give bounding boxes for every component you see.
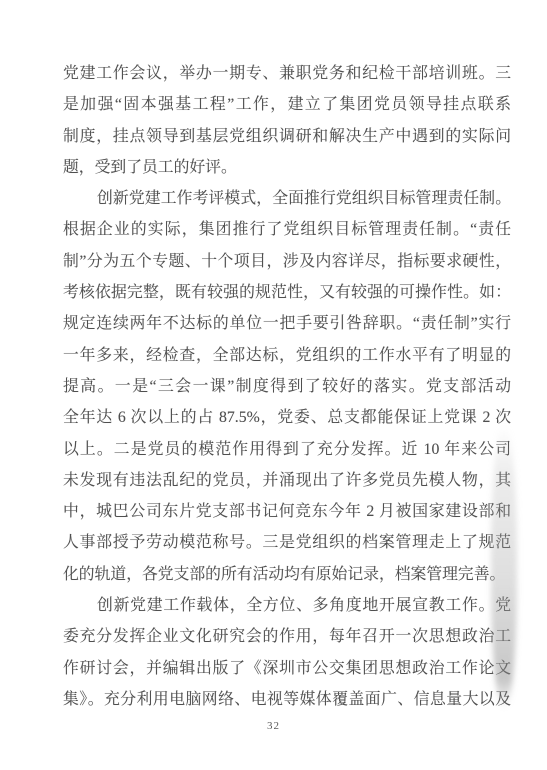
text-line: 化的轨道，各党支部的所有活动均有原始记录，档案管理完善。: [63, 559, 511, 590]
body-text: 党建工作会议，举办一期专、兼职党务和纪检干部培训班。三是加强“固本强基工程”工作…: [63, 58, 511, 715]
text-line: 制度，挂点领导到基层党组织调研和解决生产中遇到的实际问: [63, 121, 511, 152]
text-line: 创新党建工作载体，全方位、多角度地开展宣教工作。党: [63, 590, 511, 621]
text-line: 一年多来，经检查，全部达标，党组织的工作水平有了明显的: [63, 340, 511, 371]
text-line: 集》。充分利用电脑网络、电视等媒体覆盖面广、信息量大以及: [63, 684, 511, 715]
text-line: 全年达 6 次以上的占 87.5%，党委、总支都能保证上党课 2 次: [63, 402, 511, 433]
text-line: 制”分为五个专题、十个项目，涉及内容详尽，指标要求硬性，: [63, 246, 511, 277]
text-line: 根据企业的实际，集团推行了党组织目标管理责任制。“责任: [63, 214, 511, 245]
text-line: 考核依据完整，既有较强的规范性，又有较强的可操作性。如：: [63, 277, 511, 308]
text-line: 规定连续两年不达标的单位一把手要引咎辞职。“责任制”实行: [63, 308, 511, 339]
scanned-document-page: 党建工作会议，举办一期专、兼职党务和纪检干部培训班。三是加强“固本强基工程”工作…: [0, 0, 547, 770]
text-line: 中，城巴公司东片党支部书记何竞东今年 2 月被国家建设部和: [63, 496, 511, 527]
text-line: 作研讨会，并编辑出版了《深圳市公交集团思想政治工作论文: [63, 653, 511, 684]
text-line: 题，受到了员工的好评。: [63, 152, 511, 183]
text-line: 未发现有违法乱纪的党员，并涌现出了许多党员先模人物，其: [63, 465, 511, 496]
page-number: 32: [0, 720, 547, 732]
text-line: 创新党建工作考评模式，全面推行党组织目标管理责任制。: [63, 183, 511, 214]
text-line: 党建工作会议，举办一期专、兼职党务和纪检干部培训班。三: [63, 58, 511, 89]
text-line: 委充分发挥企业文化研究会的作用，每年召开一次思想政治工: [63, 621, 511, 652]
text-line: 人事部授予劳动模范称号。三是党组织的档案管理走上了规范: [63, 527, 511, 558]
text-line: 提高。一是“三会一课”制度得到了较好的落实。党支部活动: [63, 371, 511, 402]
text-line: 是加强“固本强基工程”工作，建立了集团党员领导挂点联系: [63, 89, 511, 120]
text-line: 以上。二是党员的模范作用得到了充分发挥。近 10 年来公司: [63, 434, 511, 465]
